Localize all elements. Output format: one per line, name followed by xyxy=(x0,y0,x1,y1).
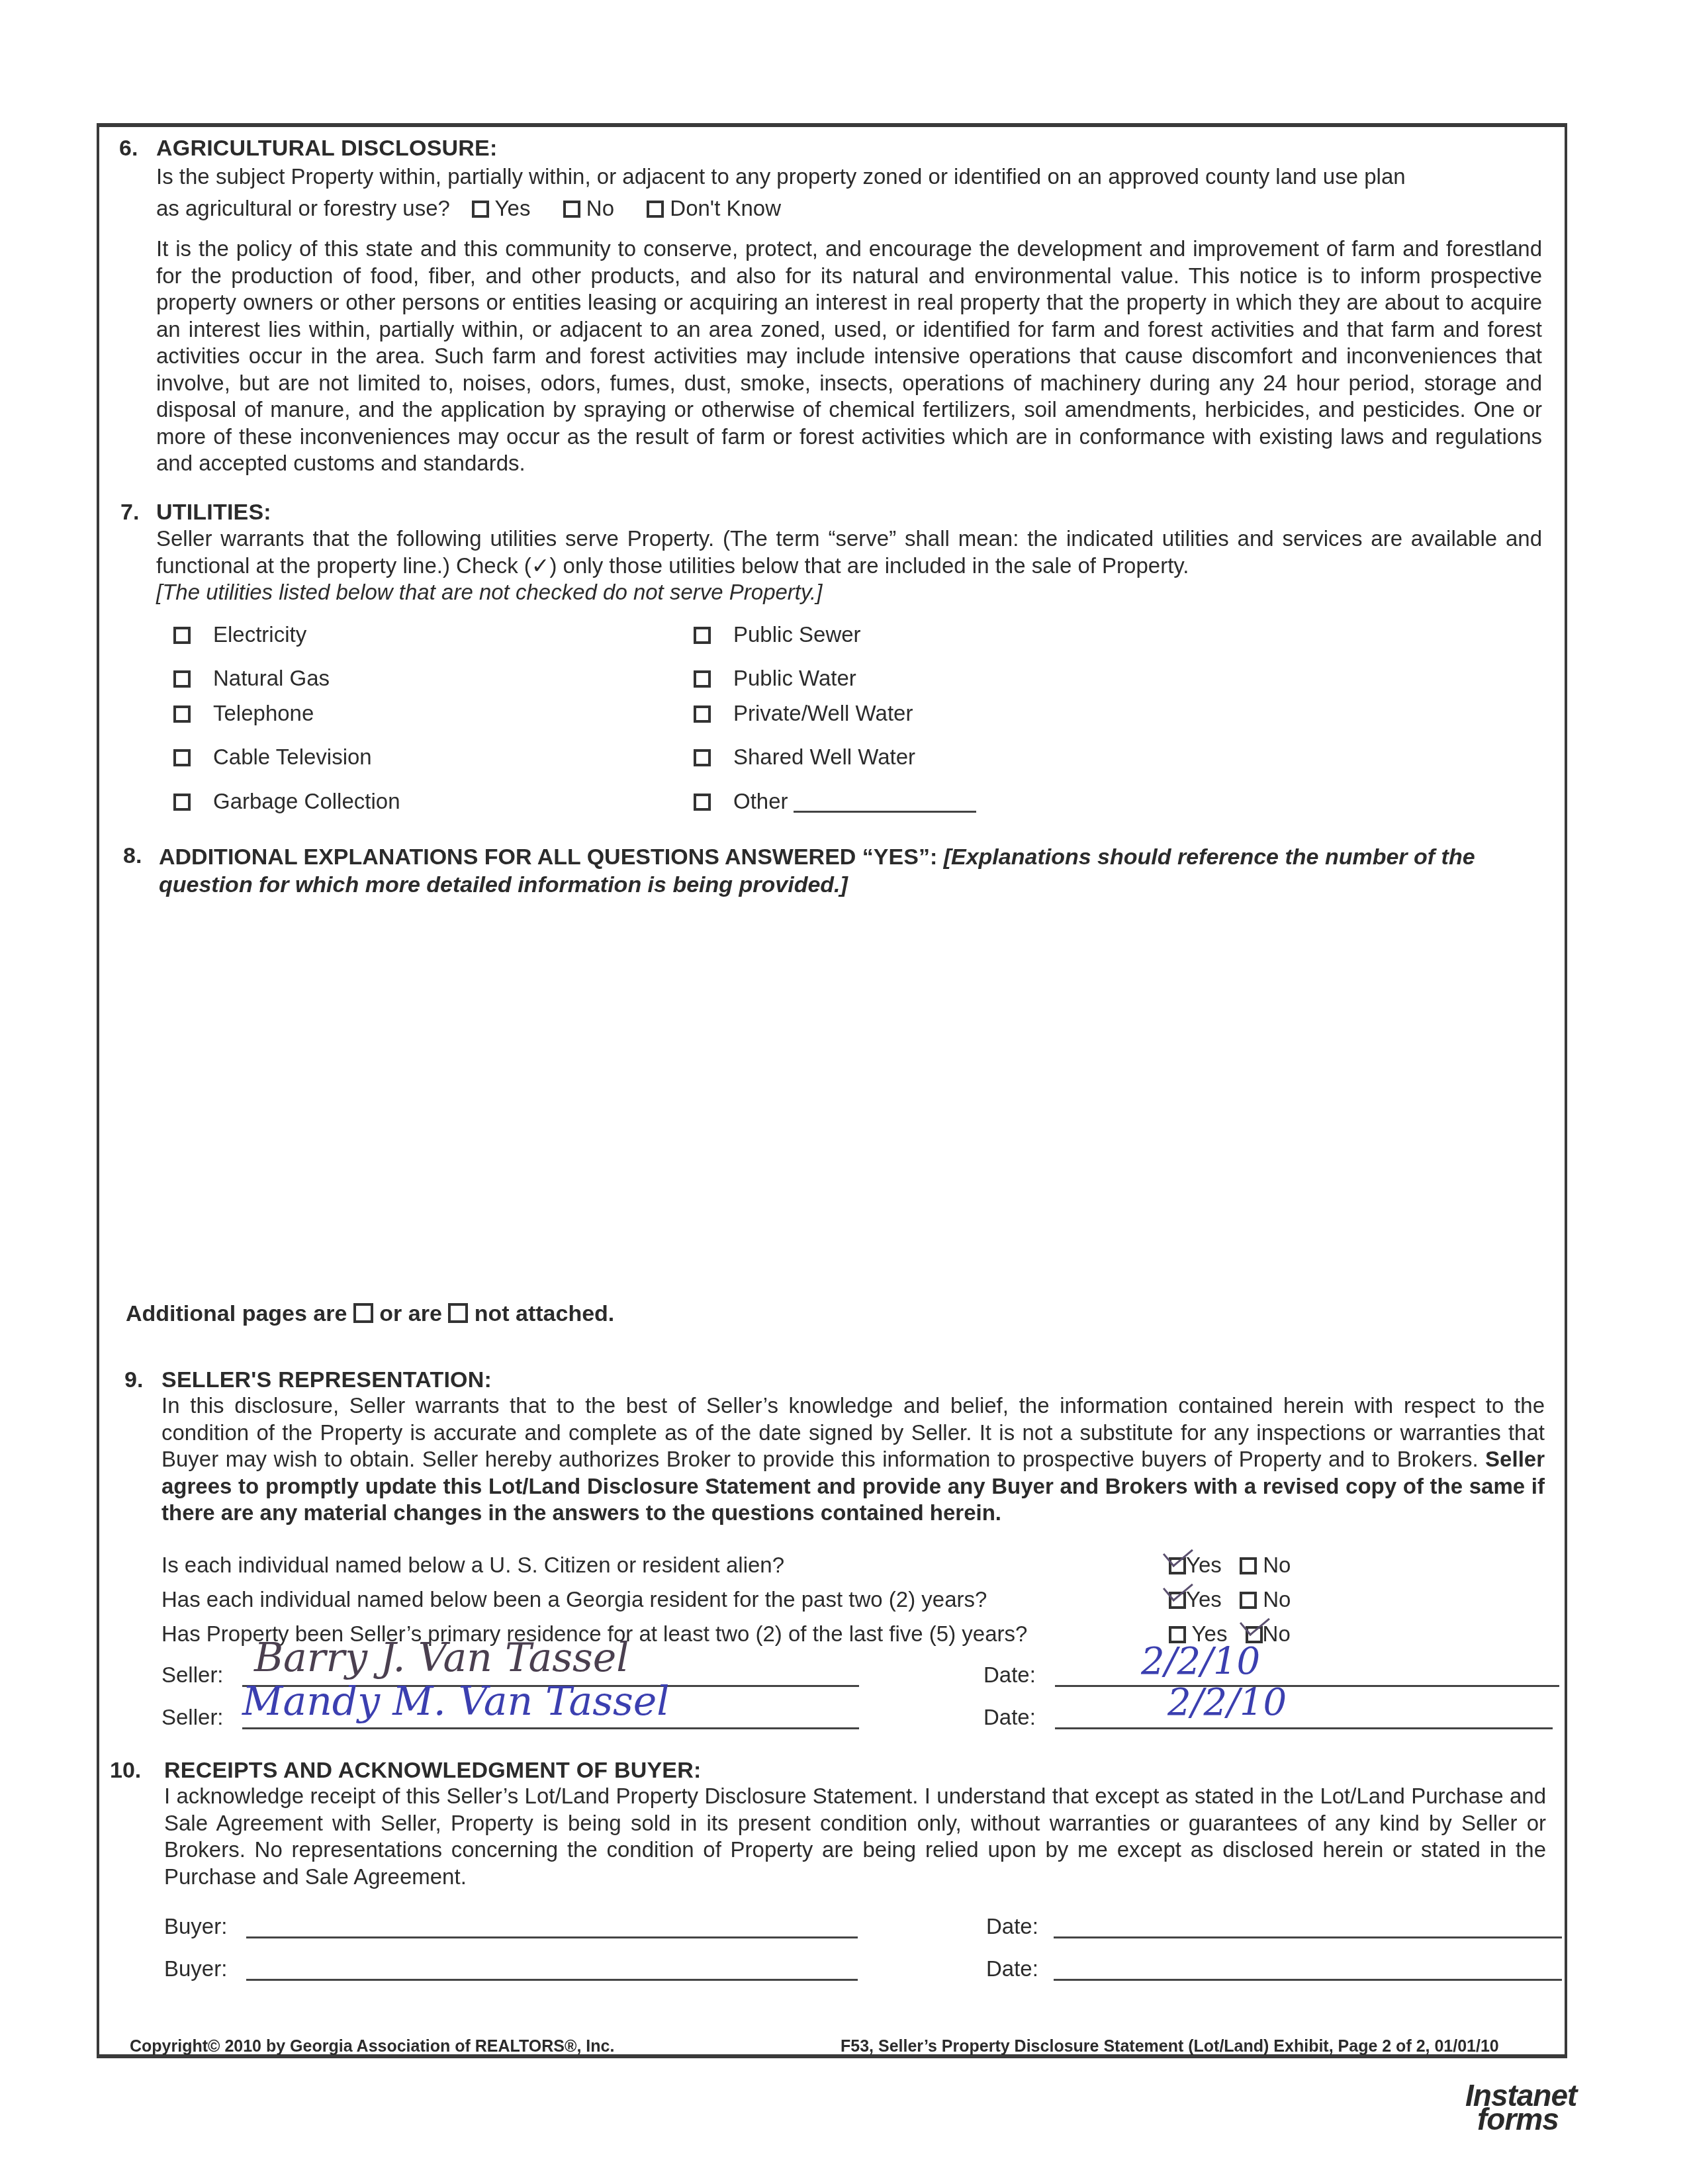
seller-1-date: 2/2/10 xyxy=(1141,1640,1260,1683)
agri-no-checkbox[interactable] xyxy=(563,201,580,218)
section-6-question: Is the subject Property within, partiall… xyxy=(156,164,1406,189)
buyer-1-date-label: Date: xyxy=(986,1914,1038,1939)
utility-private-well-water[interactable]: Private/Well Water xyxy=(694,701,913,726)
utility-electricity[interactable]: Electricity xyxy=(173,622,306,647)
copyright-notice: Copyright© 2010 by Georgia Association o… xyxy=(130,2037,614,2056)
seller-2-signature-line[interactable] xyxy=(242,1727,859,1729)
buyer-2-label: Buyer: xyxy=(164,1956,227,1981)
section-9-title: SELLER'S REPRESENTATION: xyxy=(161,1367,492,1393)
public-water-checkbox[interactable] xyxy=(694,670,711,688)
explanations-area[interactable] xyxy=(159,907,1545,1277)
section-8-number: 8. xyxy=(123,843,142,869)
section-6-question-line2: as agricultural or forestry use? Yes No … xyxy=(156,196,781,221)
buyer-1-signature-line[interactable] xyxy=(246,1936,858,1938)
buyer-2-date-label: Date: xyxy=(986,1956,1038,1981)
private-well-water-checkbox[interactable] xyxy=(694,705,711,723)
public-sewer-checkbox[interactable] xyxy=(694,627,711,644)
telephone-checkbox[interactable] xyxy=(173,705,191,723)
agri-no-option[interactable]: No xyxy=(563,196,614,220)
pages-attached-checkbox[interactable] xyxy=(353,1303,373,1323)
buyer-1-label: Buyer: xyxy=(164,1914,227,1939)
other-utility-checkbox[interactable] xyxy=(694,794,711,811)
seller-2-signature: Mandy M. Van Tassel xyxy=(242,1678,670,1725)
section-9-number: 9. xyxy=(124,1367,143,1393)
section-8-heading: ADDITIONAL EXPLANATIONS FOR ALL QUESTION… xyxy=(159,843,1545,899)
question-citizen: Is each individual named below a U. S. C… xyxy=(161,1553,784,1578)
garbage-collection-checkbox[interactable] xyxy=(173,794,191,811)
instanet-forms-logo: Instanet forms xyxy=(1465,2083,1576,2131)
electricity-checkbox[interactable] xyxy=(173,627,191,644)
utilities-intro: Seller warrants that the following utili… xyxy=(156,525,1542,579)
utility-cable-television[interactable]: Cable Television xyxy=(173,745,372,770)
form-identifier: F53, Seller’s Property Disclosure Statem… xyxy=(841,2037,1499,2056)
utility-other[interactable]: Other xyxy=(694,789,976,814)
seller-2-date: 2/2/10 xyxy=(1167,1681,1287,1724)
georgia-no-checkbox[interactable] xyxy=(1240,1592,1257,1609)
additional-pages-row: Additional pages are or are not attached… xyxy=(126,1301,614,1327)
buyer-2-signature-line[interactable] xyxy=(246,1979,858,1981)
citizen-answer: Yes No xyxy=(1169,1553,1291,1578)
seller-1-date-line[interactable] xyxy=(1055,1685,1559,1687)
utility-shared-well-water[interactable]: Shared Well Water xyxy=(694,745,915,770)
utility-public-water[interactable]: Public Water xyxy=(694,666,856,691)
section-7-number: 7. xyxy=(120,500,139,525)
section-6-title: AGRICULTURAL DISCLOSURE: xyxy=(156,136,497,161)
seller-1-label: Seller: xyxy=(161,1662,224,1688)
other-utility-field[interactable] xyxy=(794,811,976,813)
utilities-note: [The utilities listed below that are not… xyxy=(156,580,822,605)
natural-gas-checkbox[interactable] xyxy=(173,670,191,688)
seller-2-date-line[interactable] xyxy=(1055,1727,1553,1729)
seller-1-signature: Barry J. Van Tassel xyxy=(254,1635,629,1681)
section-10-title: RECEIPTS AND ACKNOWLEDGMENT OF BUYER: xyxy=(164,1758,701,1784)
pages-not-attached-checkbox[interactable] xyxy=(448,1303,468,1323)
agri-dont-know-option[interactable]: Don't Know xyxy=(647,196,781,220)
section-8-title: ADDITIONAL EXPLANATIONS FOR ALL QUESTION… xyxy=(159,844,937,870)
georgia-resident-answer: Yes No xyxy=(1169,1587,1291,1612)
agricultural-notice: It is the policy of this state and this … xyxy=(156,236,1542,477)
buyer-acknowledgment-body: I acknowledge receipt of this Seller’s L… xyxy=(164,1783,1546,1890)
agri-yes-option[interactable]: Yes xyxy=(472,196,530,220)
section-7-title: UTILITIES: xyxy=(156,500,271,525)
georgia-yes-checkbox[interactable] xyxy=(1169,1592,1186,1609)
buyer-1-date-line[interactable] xyxy=(1054,1936,1562,1938)
cable-television-checkbox[interactable] xyxy=(173,749,191,766)
utility-garbage-collection[interactable]: Garbage Collection xyxy=(173,789,400,814)
agri-yes-checkbox[interactable] xyxy=(472,201,489,218)
citizen-no-checkbox[interactable] xyxy=(1240,1557,1257,1574)
utility-telephone[interactable]: Telephone xyxy=(173,701,314,726)
seller-1-date-label: Date: xyxy=(983,1662,1036,1688)
utility-public-sewer[interactable]: Public Sewer xyxy=(694,622,861,647)
section-10-number: 10. xyxy=(110,1758,141,1784)
citizen-yes-checkbox[interactable] xyxy=(1169,1557,1186,1574)
utility-natural-gas[interactable]: Natural Gas xyxy=(173,666,330,691)
buyer-2-date-line[interactable] xyxy=(1054,1979,1562,1981)
question-georgia-resident: Has each individual named below been a G… xyxy=(161,1587,987,1612)
seller-representation-body: In this disclosure, Seller warrants that… xyxy=(161,1392,1545,1527)
shared-well-water-checkbox[interactable] xyxy=(694,749,711,766)
section-6-number: 6. xyxy=(119,136,138,161)
seller-2-date-label: Date: xyxy=(983,1705,1036,1730)
seller-2-label: Seller: xyxy=(161,1705,224,1730)
agri-dont-know-checkbox[interactable] xyxy=(647,201,664,218)
